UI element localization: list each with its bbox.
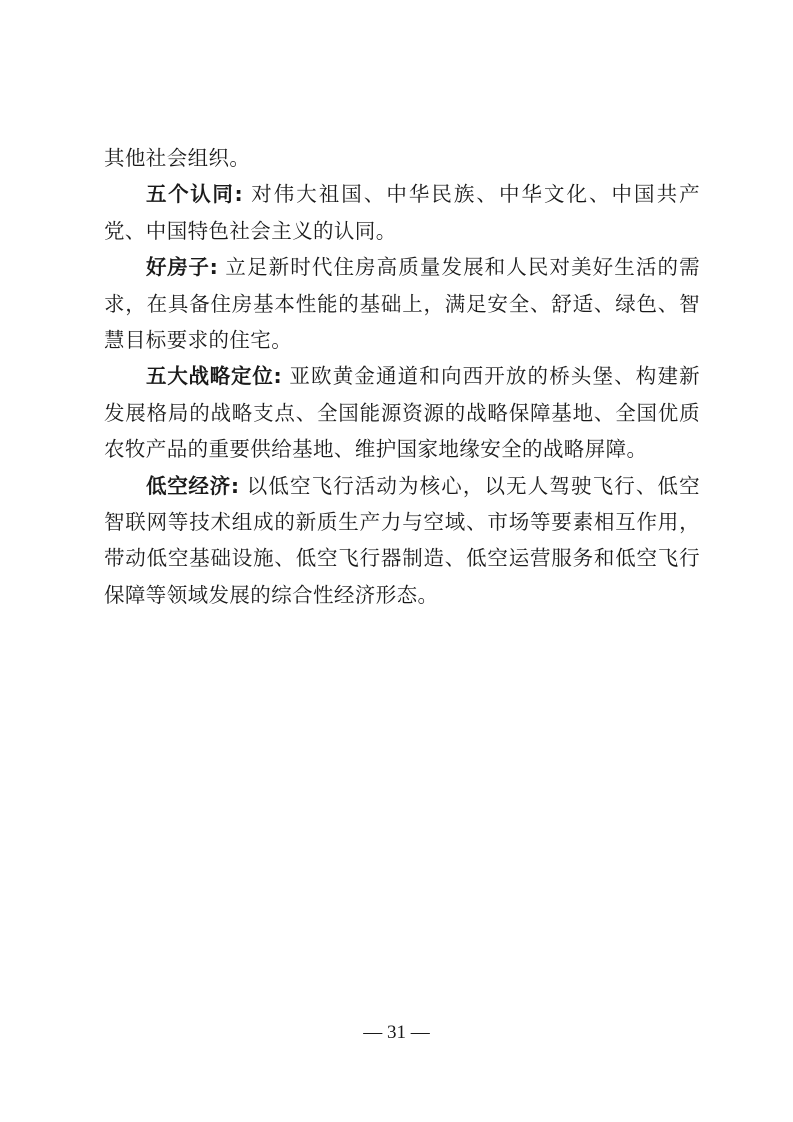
definition-good-housing: 好房子: 立足新时代住房高质量发展和人民对美好生活的需求，在具备住房基本性能的基… bbox=[104, 249, 700, 358]
definition-five-identifications: 五个认同: 对伟大祖国、中华民族、中华文化、中国共产党、中国特色社会主义的认同。 bbox=[104, 176, 700, 249]
paragraph-continuation: 其他社会组织。 bbox=[104, 140, 700, 176]
definition-term: 好房子: bbox=[146, 255, 218, 279]
definition-low-altitude-economy: 低空经济: 以低空飞行活动为核心，以无人驾驶飞行、低空智联网等技术组成的新质生产… bbox=[104, 468, 700, 614]
definition-five-strategic-positions: 五大战略定位: 亚欧黄金通道和向西开放的桥头堡、构建新发展格局的战略支点、全国能… bbox=[104, 358, 700, 467]
definition-term: 五个认同: bbox=[146, 182, 243, 206]
definition-term: 低空经济: bbox=[146, 474, 239, 498]
document-page-body: 其他社会组织。 五个认同: 对伟大祖国、中华民族、中华文化、中国共产党、中国特色… bbox=[104, 140, 700, 613]
page-number: — 31 — bbox=[0, 1022, 793, 1044]
definition-term: 五大战略定位: bbox=[146, 364, 282, 388]
paragraph-text: 其他社会组织。 bbox=[104, 146, 250, 170]
